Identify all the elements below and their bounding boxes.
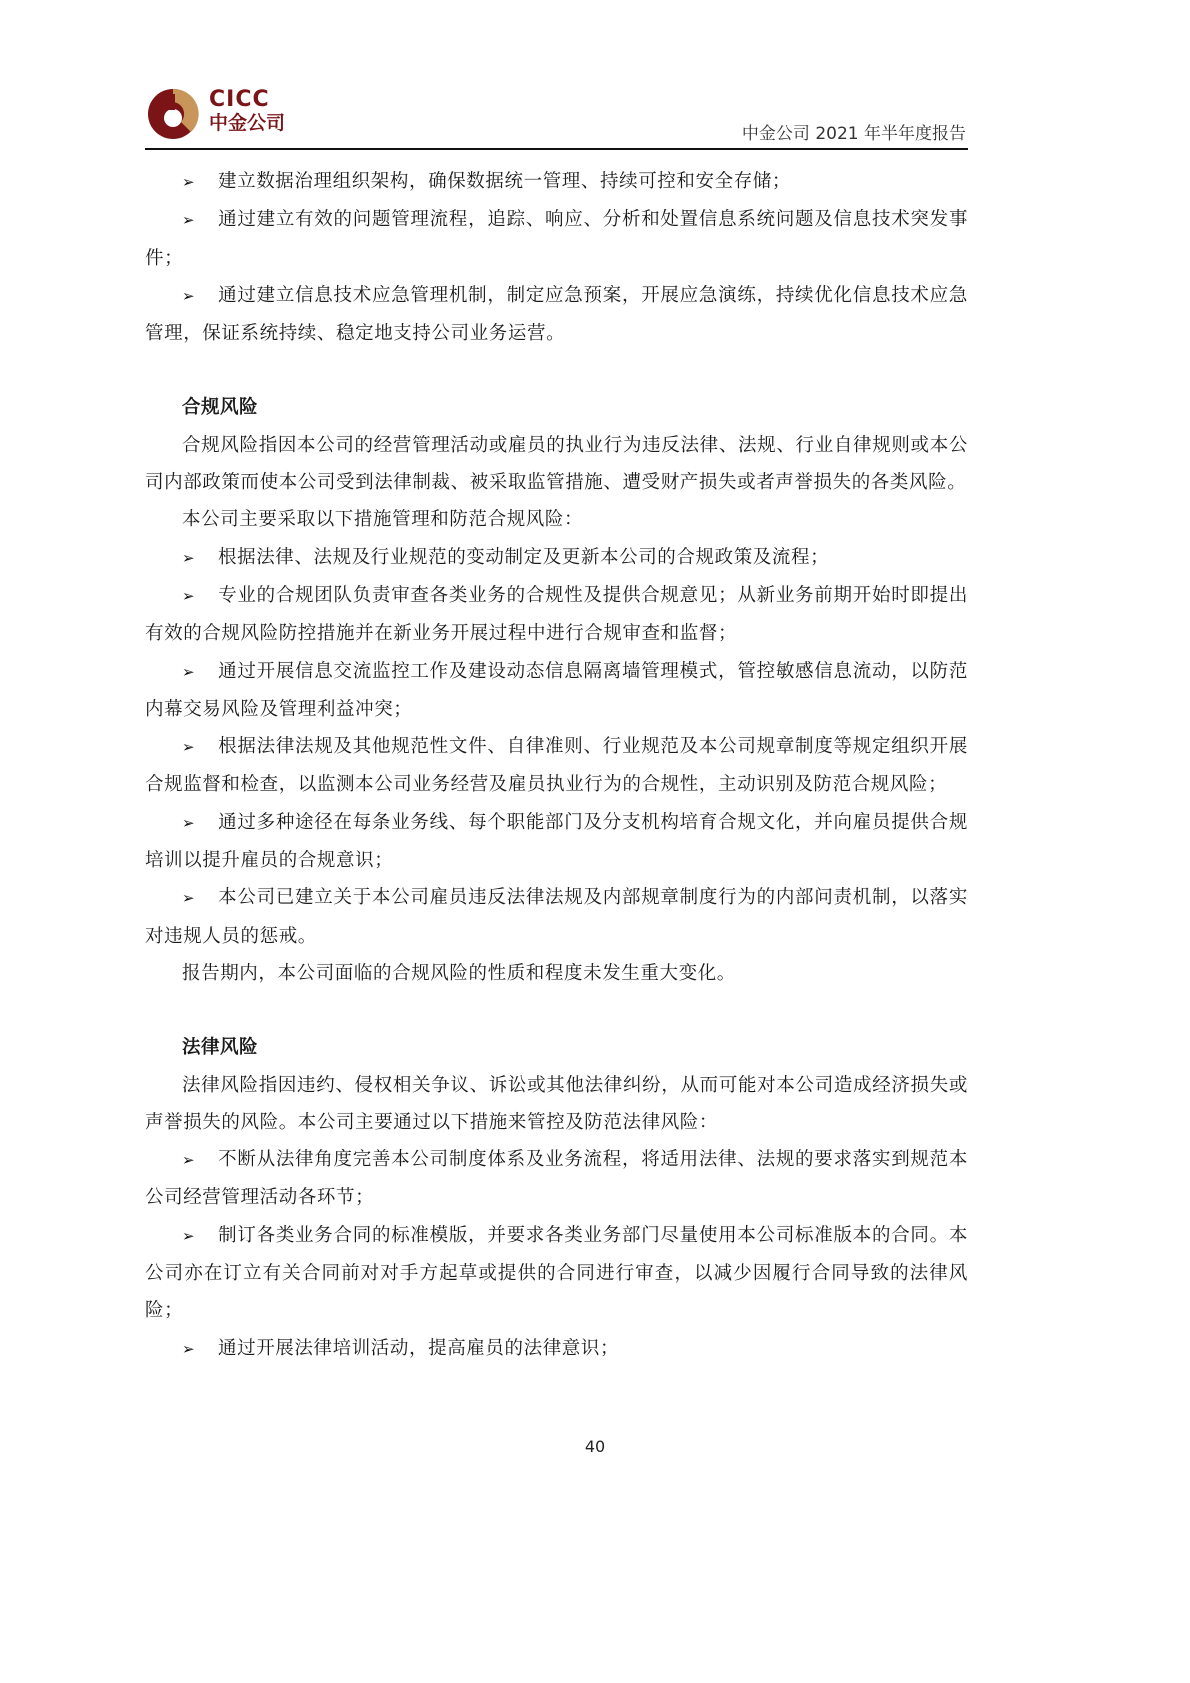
arrow-bullet-icon: ➢ (182, 654, 218, 691)
compliance-intro: 本公司主要采取以下措施管理和防范合规风险： (145, 501, 968, 538)
arrow-bullet-icon: ➢ (182, 202, 218, 239)
arrow-bullet-icon: ➢ (182, 805, 218, 842)
logo-text-cn: 中金公司 (209, 112, 285, 134)
bullet-item: ➢通过开展信息交流监控工作及建设动态信息隔离墙管理模式，管控敏感信息流动，以防范… (145, 653, 968, 729)
bullet-item: ➢本公司已建立关于本公司雇员违反法律法规及内部规章制度行为的内部问责机制，以落实… (145, 879, 968, 955)
logo-text-en: CICC (209, 88, 270, 112)
bullet-item: ➢根据法律、法规及行业规范的变动制定及更新本公司的合规政策及流程； (145, 539, 968, 577)
cicc-logo-icon (147, 88, 199, 140)
arrow-bullet-icon: ➢ (182, 578, 218, 615)
section-gap (145, 352, 968, 389)
bullet-item: ➢通过开展法律培训活动，提高雇员的法律意识； (145, 1330, 968, 1368)
bullet-item: ➢专业的合规团队负责审查各类业务的合规性及提供合规意见；从新业务前期开始时即提出… (145, 577, 968, 653)
arrow-bullet-icon: ➢ (182, 278, 218, 315)
section-gap (145, 992, 968, 1029)
arrow-bullet-icon: ➢ (182, 729, 218, 766)
bullet-item: ➢制订各类业务合同的标准模版，并要求各类业务部门尽量使用本公司标准版本的合同。本… (145, 1217, 968, 1330)
arrow-bullet-icon: ➢ (182, 1142, 218, 1179)
document-body: ➢建立数据治理组织架构，确保数据统一管理、持续可控和安全存储； ➢通过建立有效的… (145, 163, 968, 1368)
cicc-logo: CICC 中金公司 (147, 86, 297, 142)
bullet-item: ➢建立数据治理组织架构，确保数据统一管理、持续可控和安全存储； (145, 163, 968, 201)
bullet-item: ➢根据法律法规及其他规范性文件、自律准则、行业规范及本公司规章制度等规定组织开展… (145, 728, 968, 804)
bullet-item: ➢通过建立信息技术应急管理机制，制定应急预案，开展应急演练，持续优化信息技术应急… (145, 277, 968, 353)
arrow-bullet-icon: ➢ (182, 540, 218, 577)
page-header: CICC 中金公司 中金公司 2021 年半年度报告 (145, 86, 968, 158)
legal-definition: 法律风险指因违约、侵权相关争议、诉讼或其他法律纠纷，从而可能对本公司造成经济损失… (145, 1067, 968, 1142)
report-title: 中金公司 2021 年半年度报告 (742, 124, 966, 144)
arrow-bullet-icon: ➢ (182, 164, 218, 201)
compliance-conclusion: 报告期内，本公司面临的合规风险的性质和程度未发生重大变化。 (145, 955, 968, 992)
bullet-item: ➢通过多种途径在每条业务线、每个职能部门及分支机构培育合规文化，并向雇员提供合规… (145, 804, 968, 880)
page-number: 40 (0, 1437, 1190, 1456)
arrow-bullet-icon: ➢ (182, 1331, 218, 1368)
header-divider (145, 148, 968, 150)
arrow-bullet-icon: ➢ (182, 880, 218, 917)
arrow-bullet-icon: ➢ (182, 1218, 218, 1255)
section-heading-legal: 法律风险 (145, 1029, 968, 1066)
compliance-definition: 合规风险指因本公司的经营管理活动或雇员的执业行为违反法律、法规、行业自律规则或本… (145, 427, 968, 502)
section-heading-compliance: 合规风险 (145, 389, 968, 426)
bullet-item: ➢通过建立有效的问题管理流程，追踪、响应、分析和处置信息系统问题及信息技术突发事… (145, 201, 968, 277)
bullet-item: ➢不断从法律角度完善本公司制度体系及业务流程，将适用法律、法规的要求落实到规范本… (145, 1141, 968, 1217)
